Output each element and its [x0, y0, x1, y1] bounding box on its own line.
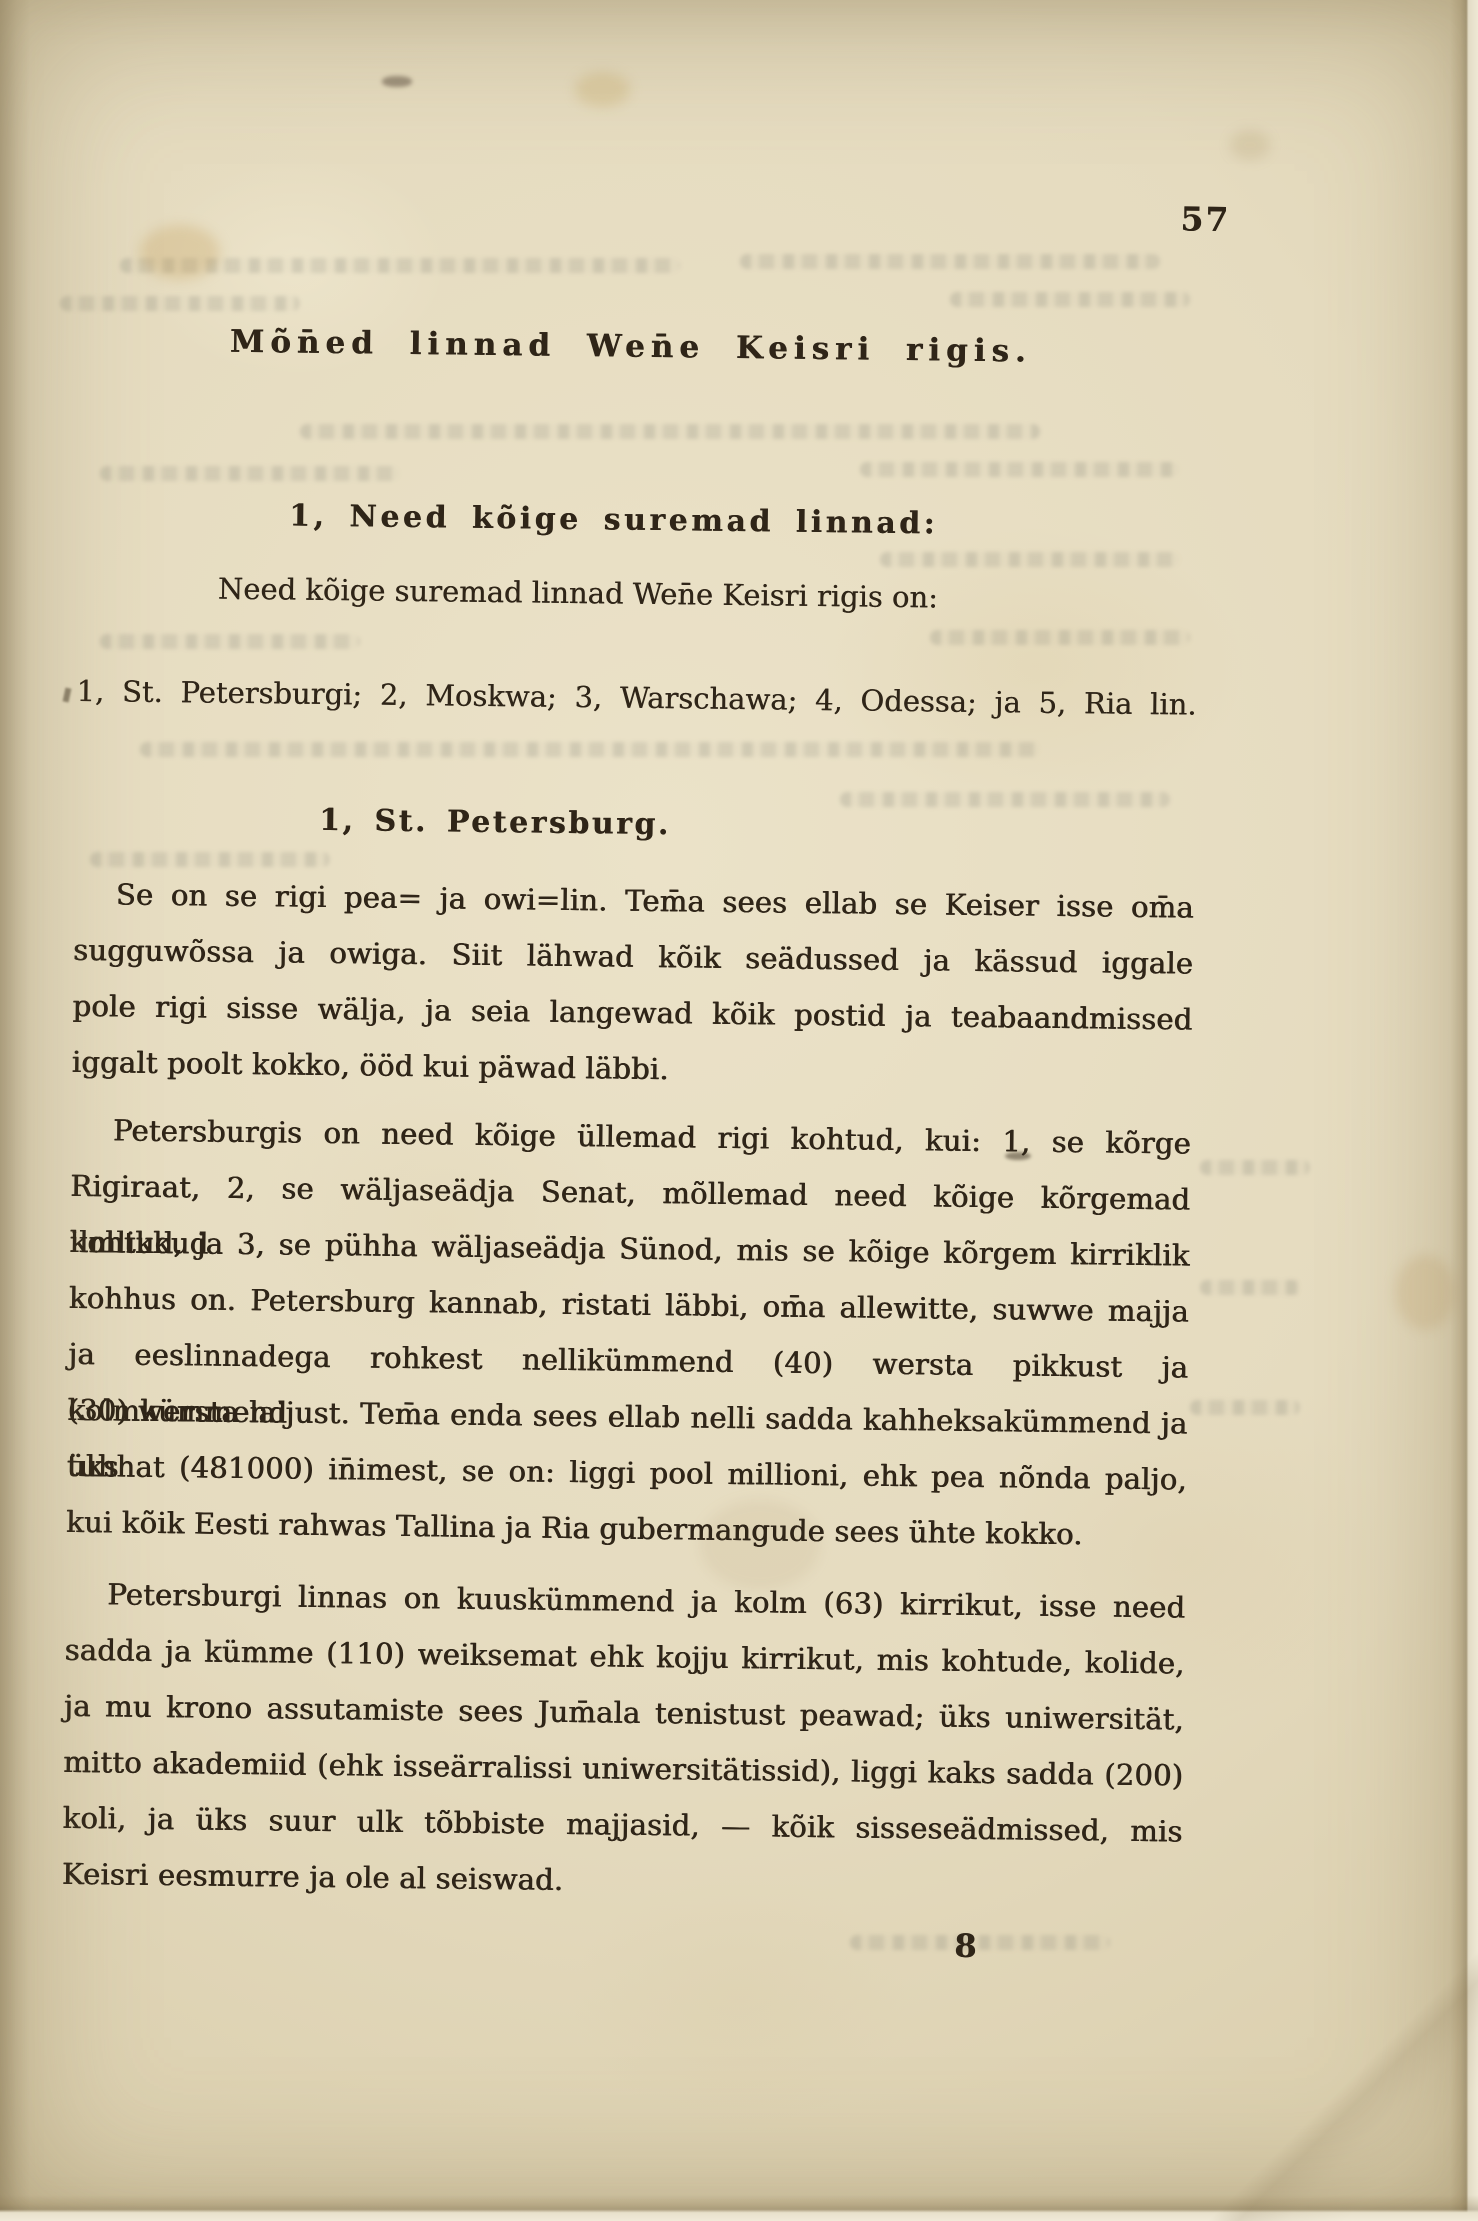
bleedthrough-ghost: [850, 1935, 1110, 1950]
paragraph-1: Se on se rigi pea= ja owi=lin. Tem̄a see…: [85, 0, 1205, 14]
bleedthrough-ghost: [90, 852, 330, 867]
section-heading-largest-cities: 1, Need kõige suremad linnad:: [79, 496, 1199, 545]
intro-line: Need kõige suremad linnad Wen̄e Keisri r…: [78, 570, 1198, 618]
bleedthrough-ghost: [930, 630, 1190, 645]
paper-stain: [1395, 1255, 1455, 1330]
ink-tick-mark: [63, 688, 72, 703]
paper-stain: [140, 225, 220, 280]
page-number: 57: [1180, 199, 1230, 239]
ink-smudge: [382, 76, 412, 87]
bleedthrough-ghost: [100, 466, 400, 481]
bleedthrough-ghost: [840, 792, 1170, 807]
bleedthrough-ghost: [860, 462, 1180, 477]
bleedthrough-ghost: [100, 634, 360, 649]
bleedthrough-ghost: [1190, 1400, 1300, 1415]
bleedthrough-ghost: [950, 292, 1190, 307]
bleedthrough-ghost: [140, 742, 1040, 757]
bleedthrough-ghost: [880, 552, 1180, 567]
paragraph-2: Petersburgis on need kõige üllemad rigi …: [85, 0, 1205, 14]
paper-stain: [575, 72, 630, 107]
bleedthrough-ghost: [300, 424, 1040, 439]
scanned-book-page: 57 Mõn̄ed linnad Wen̄e Keisri rigis. 1, …: [0, 0, 1478, 2221]
city-list-line: 1, St. Petersburgi; 2, Moskwa; 3, Warsch…: [76, 674, 1196, 722]
chapter-heading: Mõn̄ed linnad Wen̄e Keisri rigis.: [81, 322, 1201, 372]
signature-mark: 8: [954, 1927, 977, 1965]
bleedthrough-ghost: [1200, 1280, 1300, 1295]
page-gutter-shadow: [0, 0, 30, 2221]
bleedthrough-ghost: [740, 254, 1160, 269]
printed-text-block: 57 Mõn̄ed linnad Wen̄e Keisri rigis. 1, …: [85, 0, 1205, 14]
bleedthrough-ghost: [60, 296, 300, 311]
corner-fold: [1178, 1921, 1478, 2221]
section-heading-st-petersburg: 1, St. Petersburg.: [75, 800, 1195, 849]
paper-stain: [1230, 130, 1270, 160]
paragraph-3: Petersburgi linnas on kuuskümmend ja kol…: [85, 0, 1205, 14]
bleedthrough-ghost: [1200, 1160, 1310, 1175]
page-right-edge: [1450, 0, 1478, 2221]
